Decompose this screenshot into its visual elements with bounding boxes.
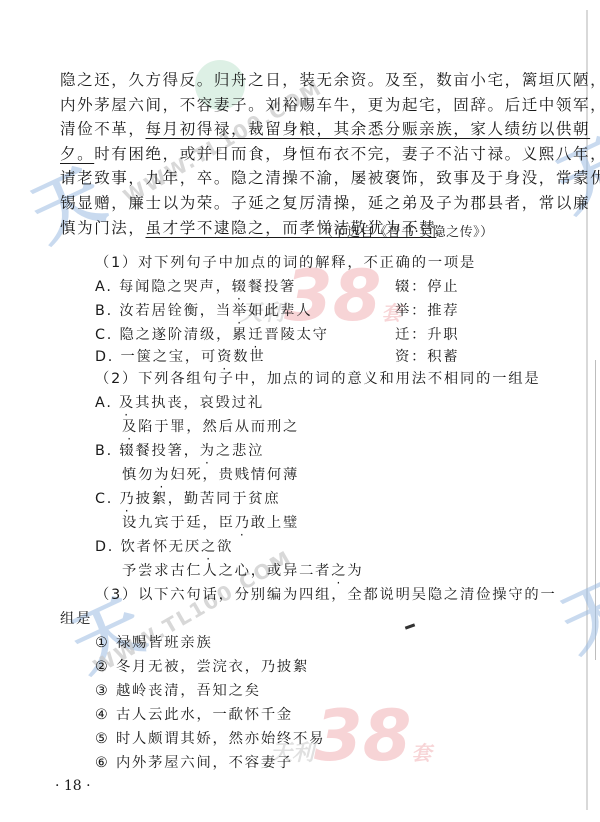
q1-option-b: B. 汝若居铨衡，当举如此辈人 — [95, 300, 313, 320]
stray-mark — [405, 623, 415, 629]
source-citation: （节选自《晋书·吴隐之传》） — [320, 221, 494, 240]
q2-option-d: D. 饮者怀无厌之欲 — [95, 536, 233, 556]
passage-line: 内外茅屋六间，不容妻子。刘裕赐车牛，更为起宅，固辞。后迁中领军， — [60, 93, 530, 118]
q2-option-d-line2: 予尝求古仁人之心，或异二者之为 — [122, 560, 363, 580]
underlined-text: 夕。 — [60, 145, 94, 163]
passage-line: 锡显赠，廉士以为荣。子延之复厉清操，延之弟及子为郡县者，常以廉 — [60, 191, 530, 216]
q1-option-c: C. 隐之遂阶清级，累迁晋陵太守 — [95, 324, 329, 344]
question-2-stem: （2）下列各组句子中，加点的词的意义和用法不相同的一组是 — [95, 368, 541, 388]
underlined-text: 每月初得禄，裁留身粮，其余悉分赈亲族，家人绩纺以供朝 — [146, 120, 591, 138]
q1-gloss-b: 举：推荐 — [395, 300, 459, 320]
passage-line: 清俭不革，每月初得禄，裁留身粮，其余悉分赈亲族，家人绩纺以供朝 — [60, 117, 530, 142]
q3-item-1: ① 禄赐皆班亲族 — [95, 632, 213, 652]
q2-option-c: C. 乃披絮，勤苦同于贫庶 — [95, 488, 280, 508]
question-3-stem-cont: 组是 — [60, 608, 92, 628]
q3-item-3: ③ 越岭丧清，吾知之矣 — [95, 680, 261, 700]
passage: 隐之还，久方得反。归舟之日，装无余资。及至，数亩小宅，篱垣仄陋， 内外茅屋六间，… — [60, 68, 530, 240]
q2-option-c-line2: 设九宾于廷，臣乃敢上璧 — [122, 512, 299, 532]
q2-option-a-line2: 及陷于罪，然后从而刑之 — [122, 416, 299, 436]
q2-option-a: A. 及其执丧，哀毁过礼 — [95, 392, 264, 412]
passage-line: 请老致事，九年，卒。隐之清操不渝，屡被褒饰，致事及于身没，常蒙优 — [60, 166, 530, 191]
q3-item-6: ⑥ 内外茅屋六间，不容妻子 — [95, 752, 293, 772]
q3-item-2: ② 冬月无被，尝浣衣，乃披絮 — [95, 656, 309, 676]
passage-line: 夕。时有困绝，或并日而食，身恒布衣不完，妻子不沾寸禄。义熙八年， — [60, 142, 530, 167]
q3-item-5: ⑤ 时人颇谓其娇，然亦始终不易 — [95, 728, 325, 748]
q2-option-b-line2: 慎勿为妇死，贵贱情何薄 — [122, 464, 299, 484]
page-edge — [595, 360, 596, 660]
q2-option-b: B. 辍餐投箸，为之悲泣 — [95, 440, 264, 460]
q1-gloss-d: 资：积蓄 — [395, 346, 459, 366]
passage-line: 隐之还，久方得反。归舟之日，装无余资。及至，数亩小宅，篱垣仄陋， — [60, 68, 530, 93]
q1-option-a: A. 每闻隐之哭声，辍餐投箸 — [95, 276, 296, 296]
q1-option-d: D. 一箧之宝，可资数世 — [95, 346, 265, 366]
q1-gloss-c: 迁：升职 — [395, 324, 459, 344]
watermark-tian: 天 — [542, 550, 600, 671]
q3-item-4: ④ 古人云此水，一歃怀千金 — [95, 704, 293, 724]
question-3-stem: （3）以下六句话，分别编为四组，全都说明吴隐之清俭操守的一 — [95, 584, 557, 604]
page-number: · 18 · — [55, 778, 91, 794]
question-1-stem: （1）对下列句子中加点的词的解释，不正确的一项是 — [95, 252, 476, 272]
q1-gloss-a: 辍：停止 — [395, 276, 459, 296]
